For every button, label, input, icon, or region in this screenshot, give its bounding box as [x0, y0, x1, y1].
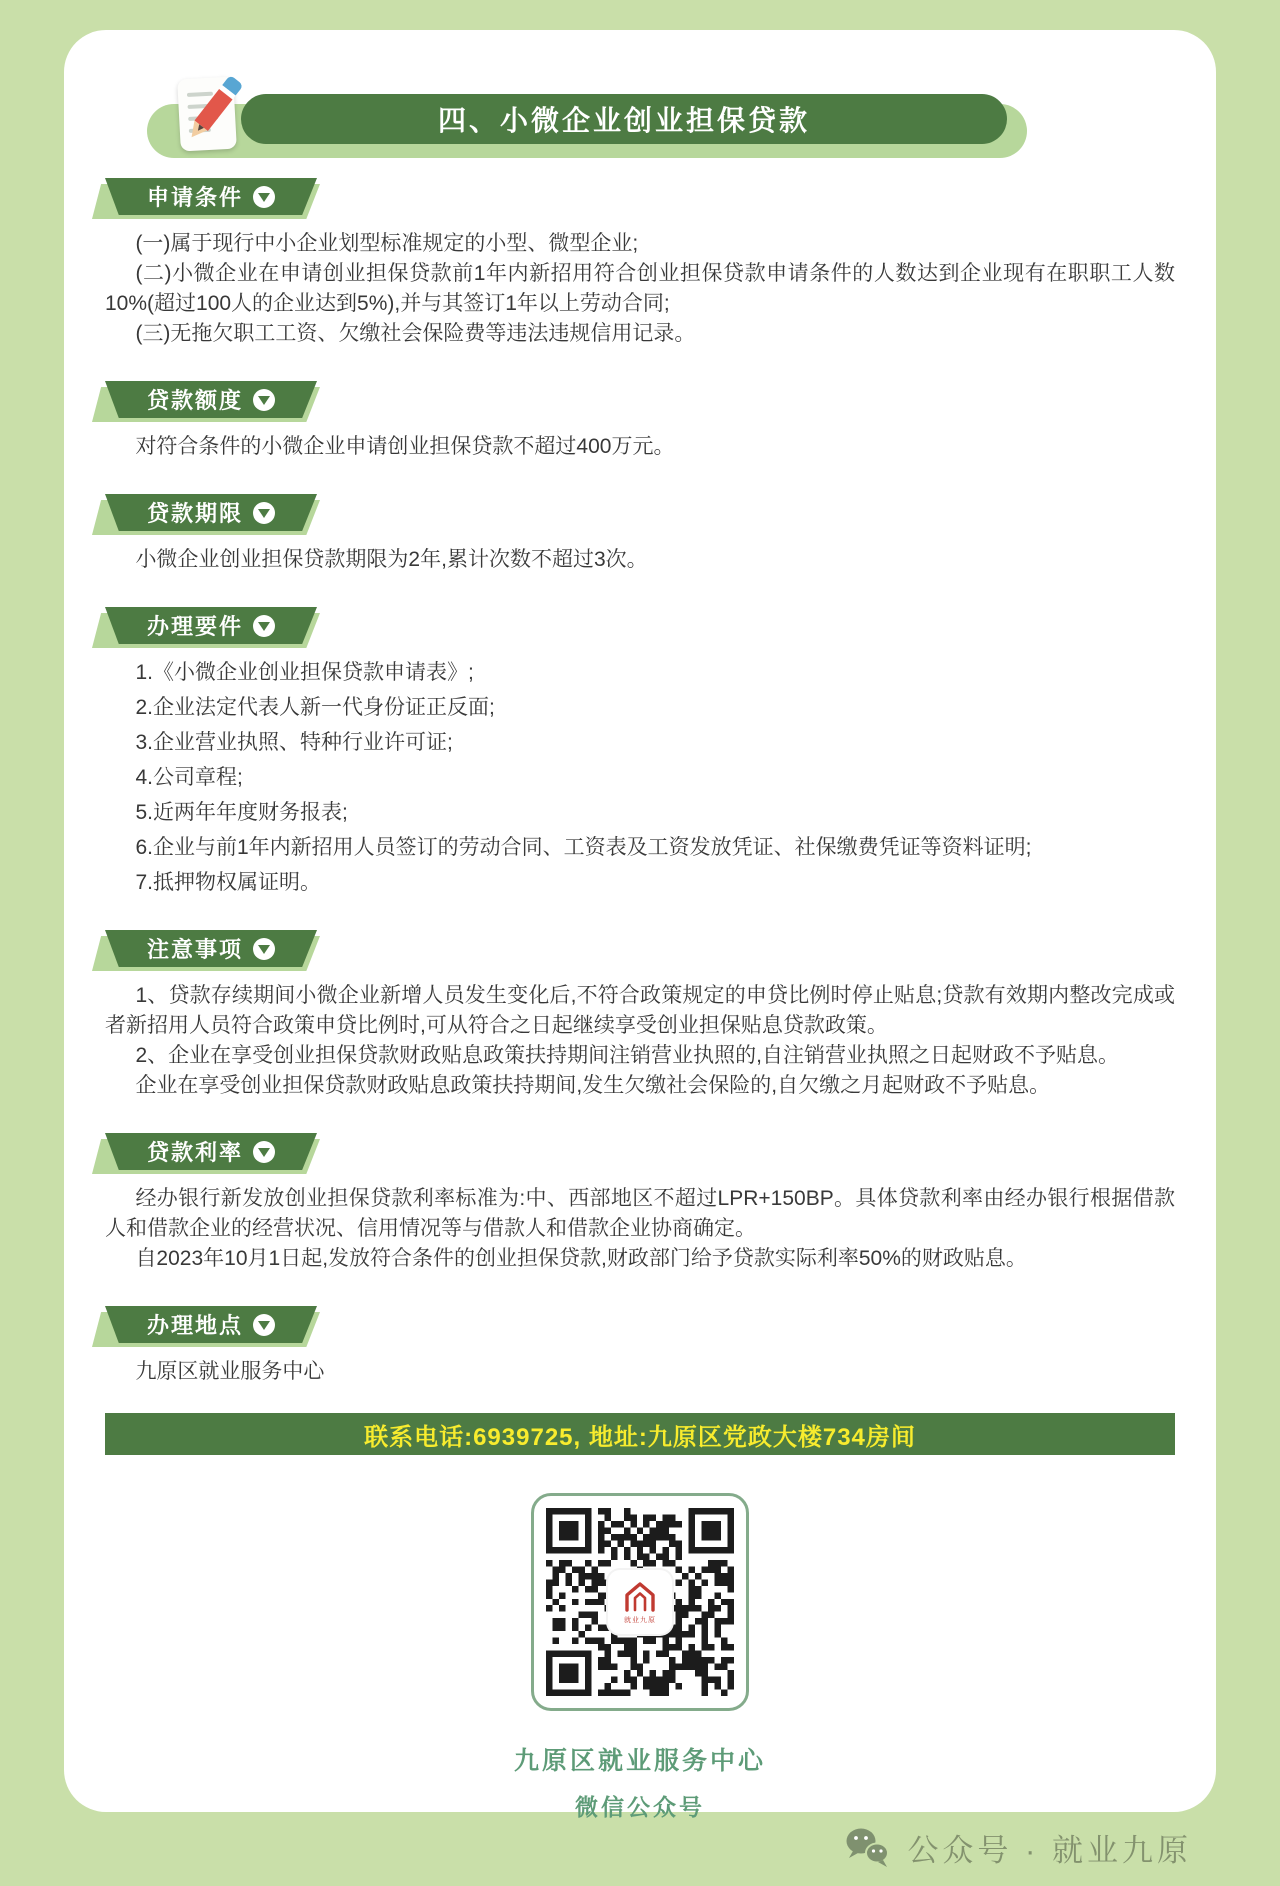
list-item: 3.企业营业执照、特种行业许可证; — [105, 728, 1175, 758]
section-header-notes: 注意事项 — [105, 930, 317, 967]
paragraph: (二)小微企业在申请创业担保贷款前1年内新招用符合创业担保贷款申请条件的人数达到… — [105, 259, 1175, 319]
chevron-down-icon — [253, 186, 275, 208]
list-item: 7.抵押物权属证明。 — [105, 868, 1175, 898]
section-header-ribbon: 办理要件 — [105, 607, 317, 644]
chevron-down-icon — [253, 615, 275, 637]
paragraph: 自2023年10月1日起,发放符合条件的创业担保贷款,财政部门给予贷款实际利率5… — [105, 1244, 1175, 1274]
section-body-notes: 1、贷款存续期间小微企业新增人员发生变化后,不符合政策规定的申贷比例时停止贴息;… — [105, 981, 1175, 1101]
section-title: 贷款额度 — [147, 384, 243, 415]
page-title: 四、小微企业创业担保贷款 — [438, 99, 810, 139]
footer-account-label: 公众号 · 就业九原 — [907, 1825, 1192, 1870]
title-banner: 四、小微企业创业担保贷款 — [105, 88, 1175, 162]
notepad-pencil-icon — [171, 74, 249, 160]
section-header-ribbon: 注意事项 — [105, 930, 317, 967]
section-header-ribbon: 贷款利率 — [105, 1133, 317, 1170]
paragraph: 1、贷款存续期间小微企业新增人员发生变化后,不符合政策规定的申贷比例时停止贴息;… — [105, 981, 1175, 1041]
section-body-application-conditions: (一)属于现行中小企业划型标准规定的小型、微型企业;(二)小微企业在申请创业担保… — [105, 229, 1175, 349]
chevron-down-icon — [253, 389, 275, 411]
section-body-loan-term: 小微企业创业担保贷款期限为2年,累计次数不超过3次。 — [105, 545, 1175, 575]
section-header-required-documents: 办理要件 — [105, 607, 317, 644]
section-loan-rate: 贷款利率经办银行新发放创业担保贷款利率标准为:中、西部地区不超过LPR+150B… — [105, 1133, 1175, 1274]
emblem-icon — [622, 1580, 658, 1614]
paragraph: 2、企业在享受创业担保贷款财政贴息政策扶持期间注销营业执照的,自注销营业执照之日… — [105, 1041, 1175, 1071]
qr-caption-line1: 九原区就业服务中心 — [514, 1741, 766, 1777]
section-header-loan-rate: 贷款利率 — [105, 1133, 317, 1170]
section-header-handling-location: 办理地点 — [105, 1306, 317, 1343]
content-card: 四、小微企业创业担保贷款 申请条件(一)属于现行中小企业划型标准规定的小型、微型… — [64, 30, 1216, 1812]
section-body-loan-amount: 对符合条件的小微企业申请创业担保贷款不超过400万元。 — [105, 432, 1175, 462]
section-title: 贷款利率 — [147, 1136, 243, 1167]
section-header-ribbon: 申请条件 — [105, 178, 317, 215]
list-item: 2.企业法定代表人新一代身份证正反面; — [105, 693, 1175, 723]
section-header-loan-amount: 贷款额度 — [105, 381, 317, 418]
paragraph: 企业在享受创业担保贷款财政贴息政策扶持期间,发生欠缴社会保险的,自欠缴之月起财政… — [105, 1071, 1175, 1101]
wechat-icon — [841, 1826, 893, 1870]
list-item: 6.企业与前1年内新招用人员签订的劳动合同、工资表及工资发放凭证、社保缴费凭证等… — [105, 833, 1175, 863]
section-loan-term: 贷款期限小微企业创业担保贷款期限为2年,累计次数不超过3次。 — [105, 494, 1175, 575]
section-header-ribbon: 贷款额度 — [105, 381, 317, 418]
paragraph: 九原区就业服务中心 — [105, 1357, 1175, 1387]
section-title: 申请条件 — [147, 181, 243, 212]
section-title: 注意事项 — [147, 933, 243, 964]
section-header-ribbon: 办理地点 — [105, 1306, 317, 1343]
qr-caption-line2: 微信公众号 — [575, 1789, 705, 1822]
section-header-ribbon: 贷款期限 — [105, 494, 317, 531]
section-notes: 注意事项1、贷款存续期间小微企业新增人员发生变化后,不符合政策规定的申贷比例时停… — [105, 930, 1175, 1101]
section-loan-amount: 贷款额度对符合条件的小微企业申请创业担保贷款不超过400万元。 — [105, 381, 1175, 462]
section-header-loan-term: 贷款期限 — [105, 494, 317, 531]
paragraph: (一)属于现行中小企业划型标准规定的小型、微型企业; — [105, 229, 1175, 259]
section-title: 办理地点 — [147, 1309, 243, 1340]
section-body-handling-location: 九原区就业服务中心 — [105, 1357, 1175, 1387]
section-required-documents: 办理要件1.《小微企业创业担保贷款申请表》;2.企业法定代表人新一代身份证正反面… — [105, 607, 1175, 898]
section-handling-location: 办理地点九原区就业服务中心 — [105, 1306, 1175, 1387]
paragraph: 对符合条件的小微企业申请创业担保贷款不超过400万元。 — [105, 432, 1175, 462]
list-item: 1.《小微企业创业担保贷款申请表》; — [105, 658, 1175, 688]
section-header-application-conditions: 申请条件 — [105, 178, 317, 215]
paragraph: 小微企业创业担保贷款期限为2年,累计次数不超过3次。 — [105, 545, 1175, 575]
contact-bar: 联系电话:6939725, 地址:九原区党政大楼734房间 — [105, 1413, 1175, 1455]
title-banner-pill: 四、小微企业创业担保贷款 — [241, 94, 1007, 144]
list-item: 4.公司章程; — [105, 763, 1175, 793]
chevron-down-icon — [253, 1141, 275, 1163]
list-item: 5.近两年年度财务报表; — [105, 798, 1175, 828]
qr-center-logo: 就业九原 — [608, 1570, 672, 1634]
paragraph: 经办银行新发放创业担保贷款利率标准为:中、西部地区不超过LPR+150BP。具体… — [105, 1184, 1175, 1244]
section-body-required-documents: 1.《小微企业创业担保贷款申请表》;2.企业法定代表人新一代身份证正反面;3.企… — [105, 658, 1175, 898]
sections-container: 申请条件(一)属于现行中小企业划型标准规定的小型、微型企业;(二)小微企业在申请… — [105, 178, 1175, 1387]
section-title: 办理要件 — [147, 610, 243, 641]
footer: 公众号 · 就业九原 — [841, 1825, 1192, 1870]
poster-page: 四、小微企业创业担保贷款 申请条件(一)属于现行中小企业划型标准规定的小型、微型… — [0, 0, 1280, 1886]
section-application-conditions: 申请条件(一)属于现行中小企业划型标准规定的小型、微型企业;(二)小微企业在申请… — [105, 178, 1175, 349]
qr-block: 就业九原 九原区就业服务中心 微信公众号 — [105, 1493, 1175, 1822]
chevron-down-icon — [253, 502, 275, 524]
chevron-down-icon — [253, 1314, 275, 1336]
qr-code: 就业九原 — [531, 1493, 749, 1711]
chevron-down-icon — [253, 938, 275, 960]
section-title: 贷款期限 — [147, 497, 243, 528]
section-body-loan-rate: 经办银行新发放创业担保贷款利率标准为:中、西部地区不超过LPR+150BP。具体… — [105, 1184, 1175, 1274]
qr-logo-text: 就业九原 — [624, 1615, 656, 1625]
paragraph: (三)无拖欠职工工资、欠缴社会保险费等违法违规信用记录。 — [105, 319, 1175, 349]
contact-info: 联系电话:6939725, 地址:九原区党政大楼734房间 — [364, 1417, 916, 1452]
